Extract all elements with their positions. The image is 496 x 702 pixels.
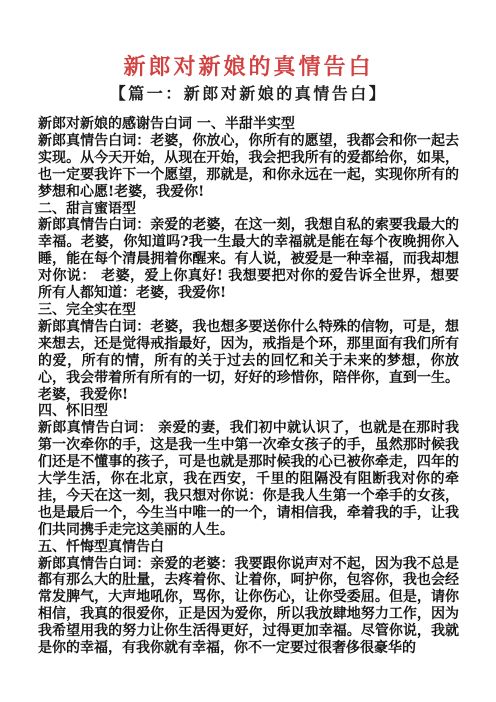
section-2-heading: 二、甜言蜜语型 <box>38 201 459 218</box>
section-5-heading: 五、忏悔型真情告白 <box>38 539 459 556</box>
section-4-heading: 四、怀旧型 <box>38 403 459 420</box>
section-3-heading: 三、完全实在型 <box>38 302 459 319</box>
paragraph-section-5: 新郎真情告白词：亲爱的老婆：我要跟你说声对不起，因为我不总是都有那么大的肚量，去… <box>38 556 459 657</box>
document-page: 新郎对新娘的真情告白 【篇一：新郎对新娘的真情告白】 新郎对新娘的感谢告白词 一… <box>0 0 496 702</box>
document-subtitle: 【篇一：新郎对新娘的真情告白】 <box>38 84 459 104</box>
document-title: 新郎对新娘的真情告白 <box>38 52 459 82</box>
paragraph-section-1: 新郎真情告白词：老婆，你放心，你所有的愿望，我都会和你一起去实现。从今天开始，从… <box>38 133 459 201</box>
document-body: 新郎对新娘的感谢告白词 一、半甜半实型 新郎真情告白词：老婆，你放心，你所有的愿… <box>38 116 459 657</box>
paragraph-section-2: 新郎真情告白词：亲爱的老婆，在这一刻，我想自私的索要我最大的幸福。老婆，你知道吗… <box>38 217 459 302</box>
paragraph-section-4: 新郎真情告白词： 亲爱的妻，我们初中就认识了，也就是在那时我第一次牵你的手，这是… <box>38 420 459 538</box>
intro-line-and-section-1-heading: 新郎对新娘的感谢告白词 一、半甜半实型 <box>38 116 459 133</box>
paragraph-section-3: 新郎真情告白词：老婆，我也想多要送你什么特殊的信物，可是，想来想去，还是觉得戒指… <box>38 319 459 404</box>
